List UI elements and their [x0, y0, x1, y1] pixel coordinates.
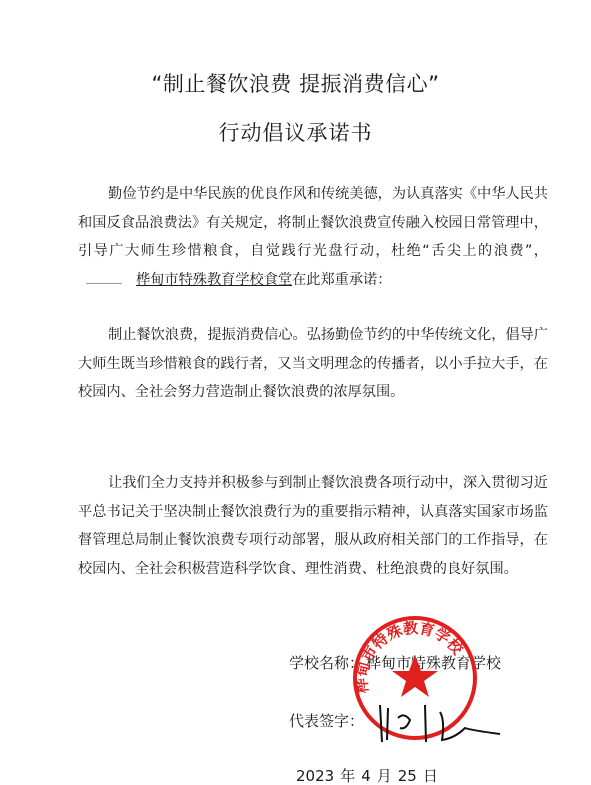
paragraph-3: 让我们全力支持并积极参与到制止餐饮浪费各项行动中，深入贯彻习近平总书记关于坚决制… — [78, 469, 548, 583]
paragraph-2-text: 制止餐饮浪费，提振消费信心。弘扬勤俭节约的中华传统文化，倡导广大师生既当珍惜粮食… — [78, 327, 548, 400]
date-month: 4 — [361, 767, 371, 785]
date-day-unit: 日 — [423, 767, 438, 785]
date-year: 2023 — [296, 767, 334, 785]
handwritten-signature — [370, 700, 510, 745]
document-date: 2023年4月25日 — [296, 765, 444, 785]
paragraph-3-text: 让我们全力支持并积极参与到制止餐饮浪费各项行动中，深入贯彻习近平总书记关于坚决制… — [78, 475, 548, 577]
document-subtitle: 行动倡议承诺书 — [0, 117, 591, 147]
paragraph-2: 制止餐饮浪费，提振消费信心。弘扬勤俭节约的中华传统文化，倡导广大师生既当珍惜粮食… — [78, 321, 548, 407]
blank-line — [86, 271, 122, 284]
paragraph-1: 勤俭节约是中华民族的优良作风和传统美德，为认真落实《中华人民共和国反食品浪费法》… — [78, 180, 548, 294]
paragraph-1-ending: 在此郑重承诺： — [292, 272, 391, 288]
date-month-unit: 月 — [377, 767, 392, 785]
paragraph-1-text: 勤俭节约是中华民族的优良作风和传统美德，为认真落实《中华人民共和国反食品浪费法》… — [78, 186, 548, 259]
date-day: 25 — [398, 767, 417, 785]
date-year-unit: 年 — [340, 767, 355, 785]
unit-name: 桦甸市特殊教育学校食堂 — [136, 272, 292, 288]
document-title: “制止餐饮浪费 提振消费信心” — [0, 68, 591, 98]
